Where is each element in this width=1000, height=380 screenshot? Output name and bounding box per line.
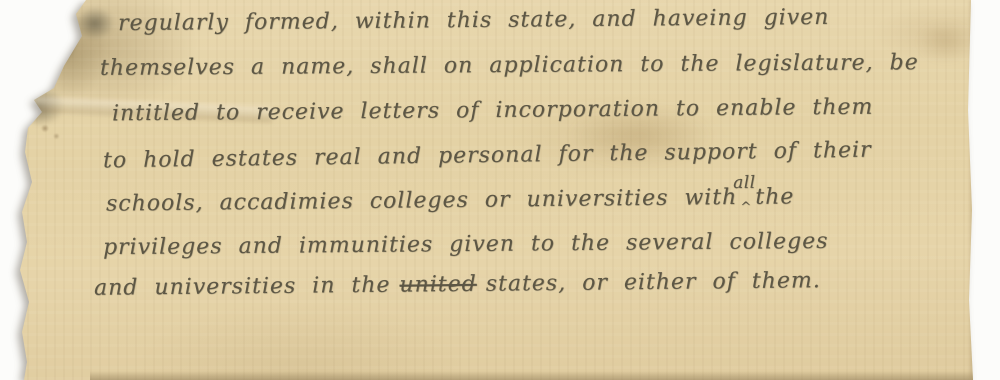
manuscript-line-1: regularly formed, within this state, and… [118,5,830,36]
manuscript-text: regularly formed, within this state, and… [0,0,1000,380]
insertion-caret: ^ [740,200,751,215]
struck-word: united [399,272,477,298]
manuscript-paper: regularly formed, within this state, and… [0,0,1000,380]
manuscript-line-3: intitled to receive letters of incorpora… [112,95,874,127]
manuscript-line-4: to hold estates real and personal for th… [103,138,872,174]
line-7-text-before: and universities in the [94,273,391,301]
line-5-text-before: schools, accadimies colleges or universi… [106,185,738,217]
manuscript-scan: regularly formed, within this state, and… [0,0,1000,380]
manuscript-line-7: and universities in theunitedstates, or … [94,268,821,301]
manuscript-line-2: themselves a name, shall on application … [100,50,919,81]
manuscript-line-5: schools, accadimies colleges or universi… [106,184,795,216]
line-7-text-after: states, or either of them. [486,268,821,297]
line-5-text-after: the [755,184,794,209]
paper-shadow-wrap: regularly formed, within this state, and… [0,0,1000,380]
inserted-word: all [733,173,756,193]
manuscript-line-6: privileges and immunities given to the s… [103,229,829,260]
